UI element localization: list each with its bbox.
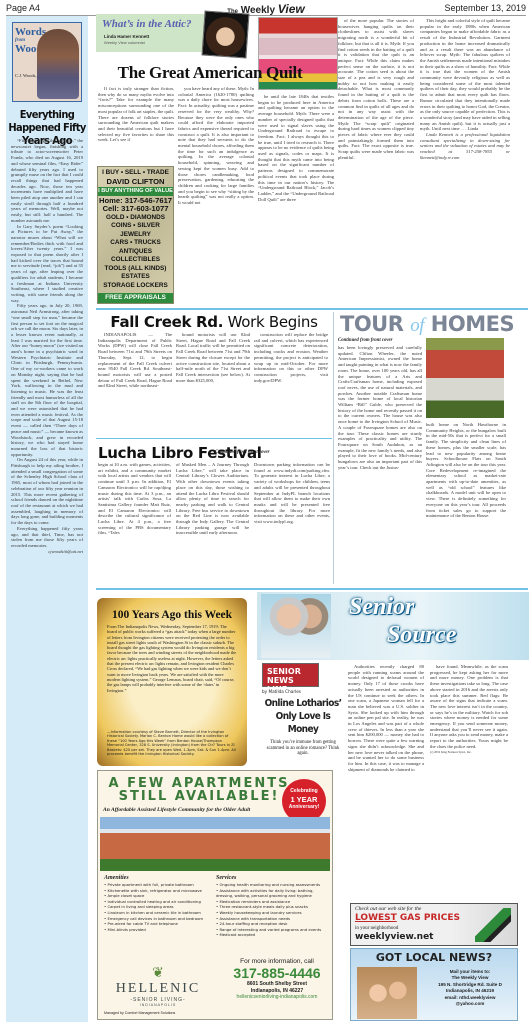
article-dek: Think you’re immune from getting scammed… — [262, 740, 344, 757]
section-divider — [96, 588, 528, 590]
management-credit: Managed by Comfort Management Solutions — [104, 1011, 175, 1015]
tour-column-1: has been lovingly preserved and carefull… — [338, 345, 422, 590]
continued-label: Continued from front cover — [338, 338, 393, 343]
author-email[interactable]: cjwoodsiii@att.net — [11, 549, 83, 555]
words-from-woods-column: WordsfromWoods C.J. Woods, III Everythin… — [6, 16, 88, 1022]
byline: by Matilda Charles — [262, 689, 301, 694]
article-headline: Online Lotharios’ Only Love Is Money — [262, 697, 344, 736]
article-headline: The Great American Quilt — [100, 63, 320, 83]
seniors-photo — [261, 594, 331, 658]
columnist-photo — [201, 10, 249, 58]
building-photo — [100, 817, 330, 871]
continued-label: Continued from front cover — [215, 450, 270, 455]
quilt-column-4: of the more popular. The stories of hous… — [338, 18, 414, 306]
column-rule — [333, 312, 334, 584]
author-photo — [37, 29, 79, 99]
services-list: Services • Ongoing health monitoring and… — [216, 875, 332, 938]
contact-info: For more information, call 317-885-4446 … — [223, 958, 331, 1000]
fall-creek-column-1: INDIANAPOLIS — The Indianapolis Departme… — [98, 332, 172, 402]
quilt-column-1: If fact is truly stranger than fiction, … — [98, 86, 174, 164]
article-headline: Fall Creek Rd. Work Begins — [103, 313, 325, 331]
quilt-column-2: you have heard any of these. Myth: In co… — [178, 86, 254, 306]
issue-date: September 13, 2019 — [444, 3, 526, 13]
fall-creek-column-3: construction will replace the bridge rai… — [254, 332, 328, 402]
senior-news-line-logo: SENIORNEWS LINE — [262, 663, 319, 687]
gas-pump-icon — [475, 908, 511, 942]
quilt-column-5: This bright and colorful style of quilt … — [420, 18, 510, 306]
cell-phone: Cell: 317-603-1077 — [98, 205, 173, 214]
website-link[interactable]: hellenicseniorliving-indianapolis.com — [223, 994, 331, 1000]
lucha-column-1: begin at 10 a.m. with games, activities,… — [98, 462, 171, 577]
phone-number[interactable]: 317-885-4446 — [223, 965, 331, 981]
section-divider — [96, 308, 528, 310]
quilt-column-3: be until the late 1840s that textiles be… — [258, 94, 334, 306]
hellenic-logo: ❦ HELLENIC -SENIOR LIVING- INDIANAPOLIS — [108, 965, 208, 1007]
lucha-column-3: Downtown parking information can be foun… — [254, 462, 330, 577]
amenities-list: Amenities • Private apartment with full,… — [104, 875, 214, 932]
author-bio: Linda Kennett is a professional liquidat… — [420, 132, 510, 161]
gas-prices-ad[interactable]: Check out our web site for the LOWEST GA… — [350, 903, 518, 946]
hellenic-senior-living-ad[interactable]: A FEW APARTMENTSSTILL AVAILABLE! Celebra… — [97, 770, 333, 1020]
leaf-icon: ❦ — [108, 965, 208, 981]
website-link: weeklyview.net — [355, 932, 434, 942]
column-logo: WordsfromWoods C.J. Woods, III — [12, 22, 82, 102]
got-local-news-ad[interactable]: GOT LOCAL NEWS? Mail your items to:The W… — [350, 948, 518, 1021]
house-photo — [426, 338, 504, 418]
page-header: Page A4 The Weekly View September 13, 20… — [6, 3, 526, 16]
senior-column-1: Authorities recently charged 80 people w… — [348, 664, 424, 819]
article-body: “Fifty years ago, this summer,” the news… — [11, 138, 83, 1018]
lucha-column-2: of Masked Men – A Journey Through Lucha … — [176, 462, 249, 577]
tour-column-2: built home on North Hawthorne in Communi… — [426, 422, 506, 582]
senior-source-banner: Senior Source — [257, 592, 529, 660]
senior-column-2: have found. Meanwhile, as the scam progr… — [430, 664, 508, 819]
section-divider — [96, 438, 332, 439]
tour-of-homes-headline: TOUR of HOMES — [340, 312, 514, 337]
david-clifton-ad[interactable]: I BUY • SELL • TRADE DAVID CLIFTON I BUY… — [97, 166, 174, 304]
fall-creek-column-2: bound motorists will use 82nd Street, Ha… — [176, 332, 250, 402]
kids-photo — [357, 967, 417, 1019]
hundred-years-box: 100 Years Ago this Week From The Indiana… — [97, 598, 247, 766]
